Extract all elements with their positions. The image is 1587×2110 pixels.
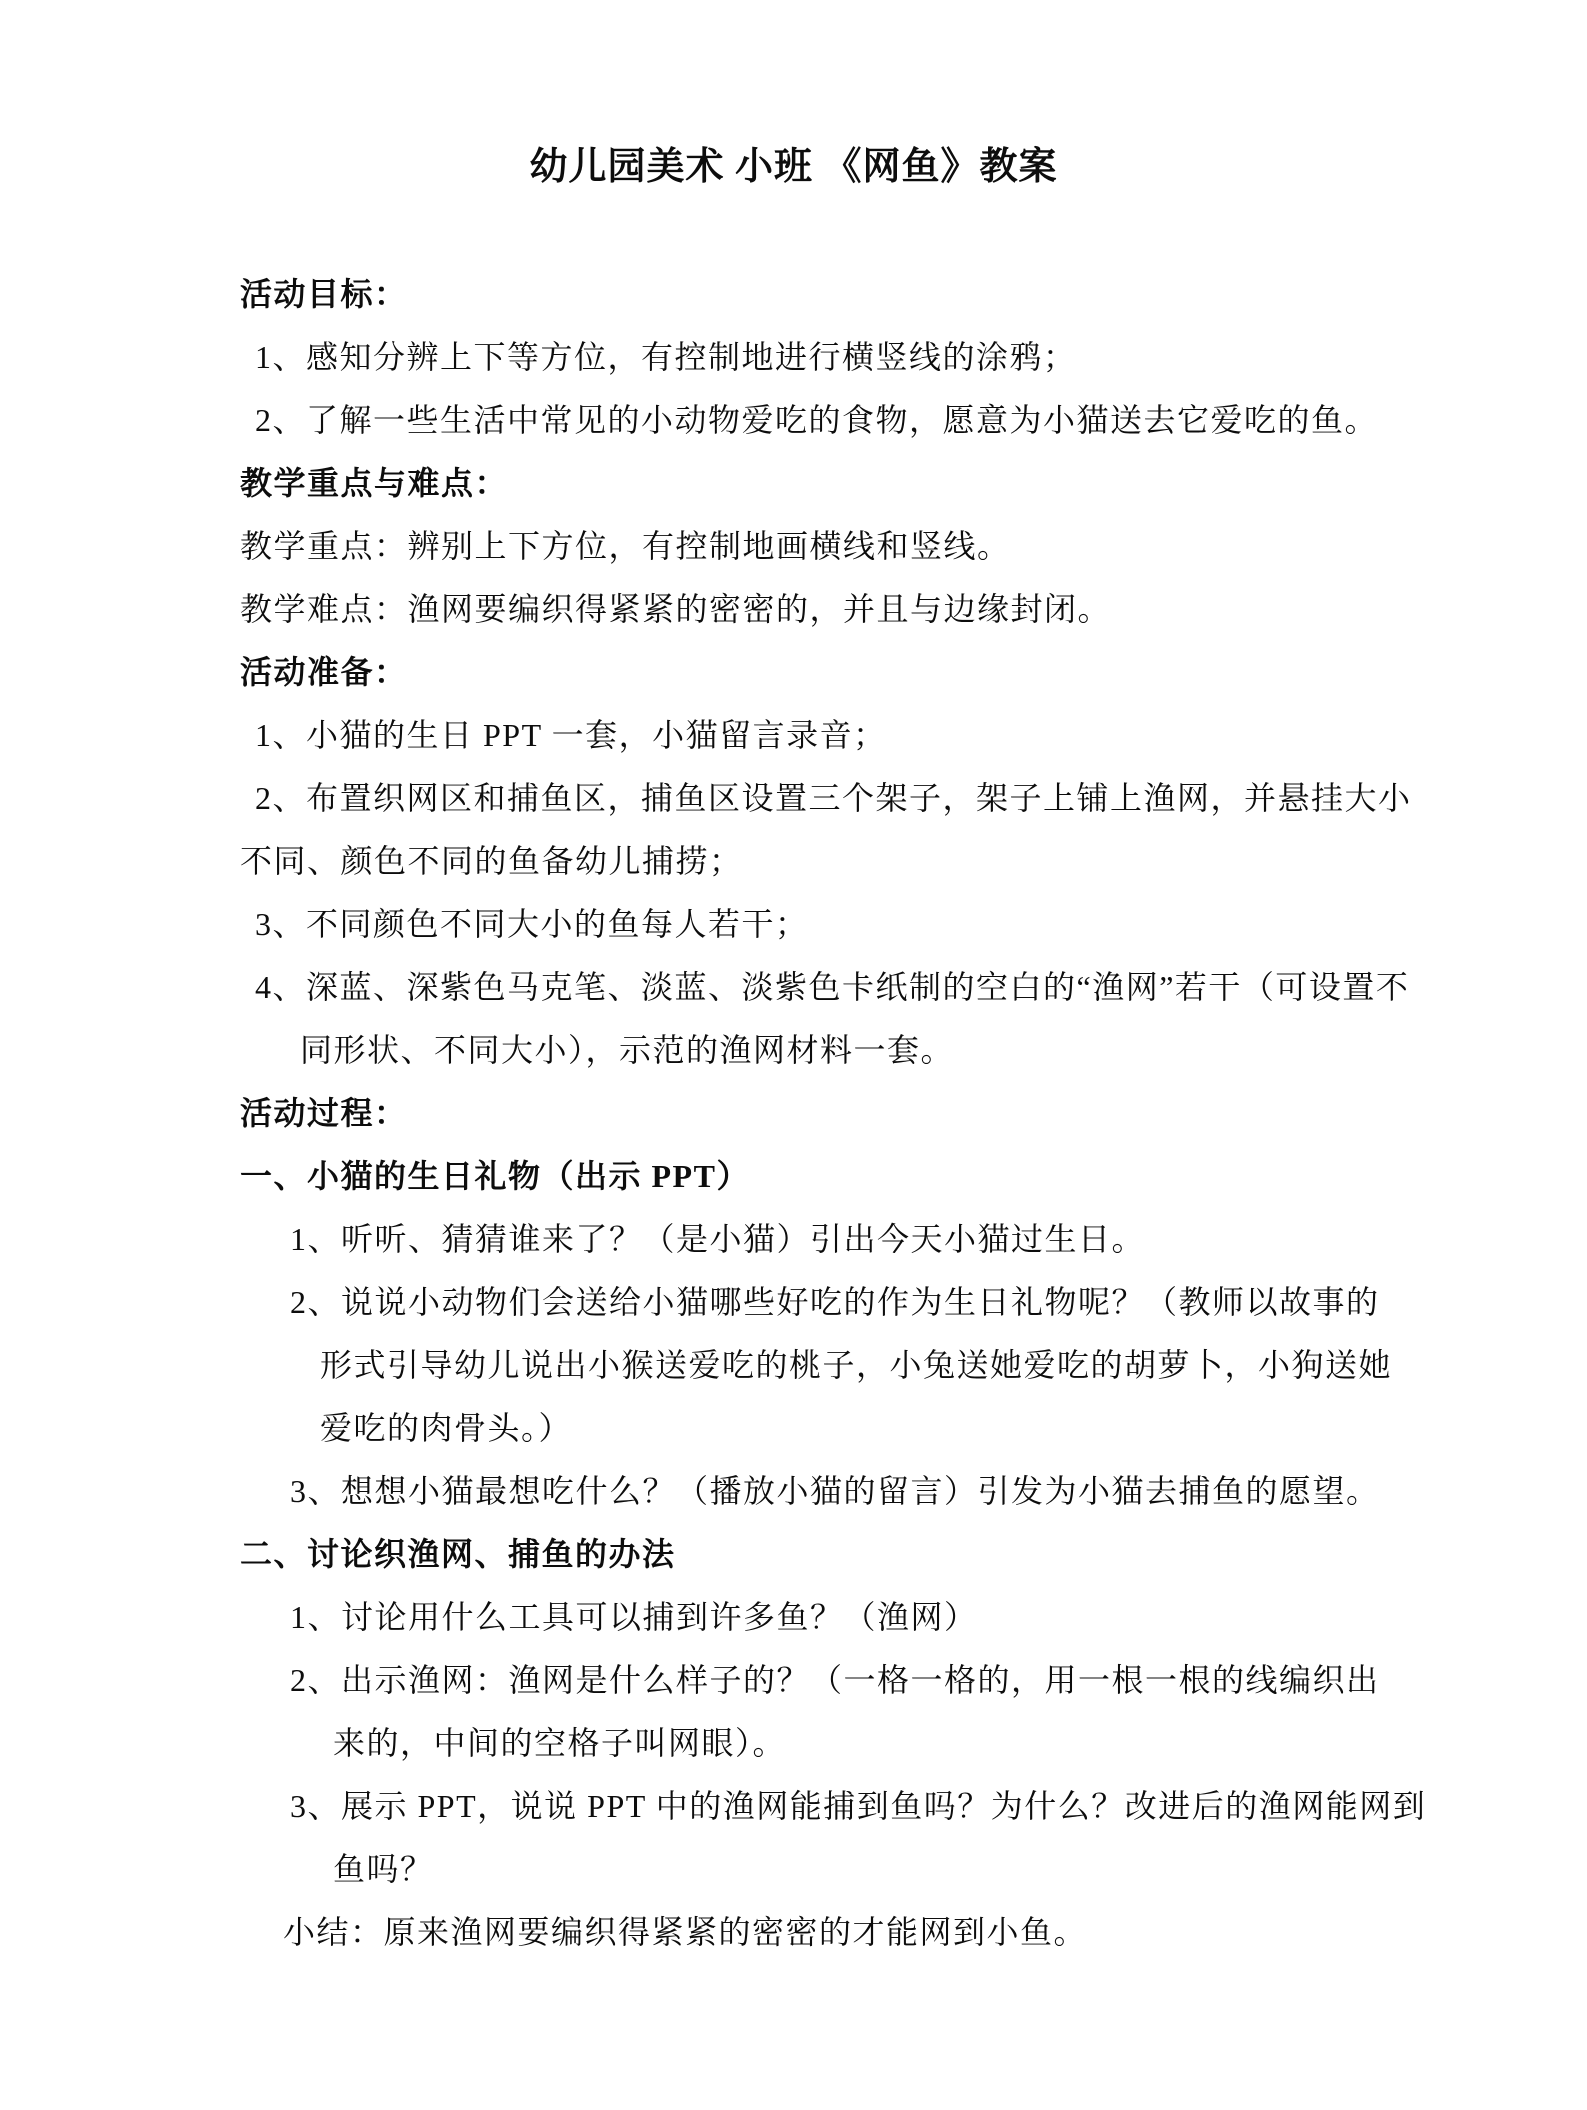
prep-item-2: 2、布置织网区和捕鱼区，捕鱼区设置三个架子，架子上铺上渔网，并悬挂大小: [255, 767, 1467, 830]
section-2-item-3-continued: 鱼吗？: [333, 1838, 1467, 1901]
heading-activity-process: 活动过程：: [240, 1082, 1467, 1145]
teaching-difficulty-line: 教学难点：渔网要编织得紧紧的密密的，并且与边缘封闭。: [240, 578, 1467, 641]
section-2-item-1: 1、讨论用什么工具可以捕到许多鱼？（渔网）: [290, 1586, 1467, 1649]
document-title: 幼儿园美术 小班 《网鱼》教案: [0, 141, 1587, 193]
prep-item-2-continued: 不同、颜色不同的鱼备幼儿捕捞；: [240, 830, 1467, 893]
prep-item-4-continued: 同形状、不同大小），示范的渔网材料一套。: [300, 1019, 1467, 1082]
goal-item-2: 2、了解一些生活中常见的小动物爱吃的食物，愿意为小猫送去它爱吃的鱼。: [255, 389, 1467, 452]
section-1-item-3: 3、想想小猫最想吃什么？（播放小猫的留言）引发为小猫去捕鱼的愿望。: [290, 1460, 1467, 1523]
section-2-item-2: 2、出示渔网：渔网是什么样子的？（一格一格的，用一根一根的线编织出: [290, 1649, 1467, 1712]
section-2-item-2-continued: 来的，中间的空格子叫网眼）。: [333, 1712, 1467, 1775]
section-2-heading: 二、讨论织渔网、捕鱼的办法: [240, 1523, 1467, 1586]
section-1-item-2-continued2: 爱吃的肉骨头。）: [320, 1397, 1467, 1460]
document-page: 幼儿园美术 小班 《网鱼》教案 活动目标： 1、感知分辨上下等方位，有控制地进行…: [0, 0, 1587, 2110]
summary-line: 小结：原来渔网要编织得紧紧的密密的才能网到小鱼。: [283, 1901, 1467, 1964]
section-1-item-2-continued: 形式引导幼儿说出小猴送爱吃的桃子，小兔送她爱吃的胡萝卜，小狗送她: [320, 1334, 1467, 1397]
section-1-item-2: 2、说说小动物们会送给小猫哪些好吃的作为生日礼物呢？（教师以故事的: [290, 1271, 1467, 1334]
section-2-item-3: 3、展示 PPT，说说 PPT 中的渔网能捕到鱼吗？为什么？改进后的渔网能网到: [290, 1775, 1467, 1838]
prep-item-4: 4、深蓝、深紫色马克笔、淡蓝、淡紫色卡纸制的空白的“渔网”若干（可设置不: [255, 956, 1467, 1019]
section-1-heading: 一、小猫的生日礼物（出示 PPT）: [240, 1145, 1467, 1208]
heading-key-points: 教学重点与难点：: [240, 452, 1467, 515]
document-body: 活动目标： 1、感知分辨上下等方位，有控制地进行横竖线的涂鸦； 2、了解一些生活…: [0, 263, 1587, 1964]
prep-item-1: 1、小猫的生日 PPT 一套，小猫留言录音；: [255, 704, 1467, 767]
heading-preparation: 活动准备：: [240, 641, 1467, 704]
goal-item-1: 1、感知分辨上下等方位，有控制地进行横竖线的涂鸦；: [255, 326, 1467, 389]
heading-activity-goals: 活动目标：: [240, 263, 1467, 326]
teaching-focus-line: 教学重点：辨别上下方位，有控制地画横线和竖线。: [240, 515, 1467, 578]
prep-item-3: 3、不同颜色不同大小的鱼每人若干；: [255, 893, 1467, 956]
section-1-item-1: 1、听听、猜猜谁来了？（是小猫）引出今天小猫过生日。: [290, 1208, 1467, 1271]
